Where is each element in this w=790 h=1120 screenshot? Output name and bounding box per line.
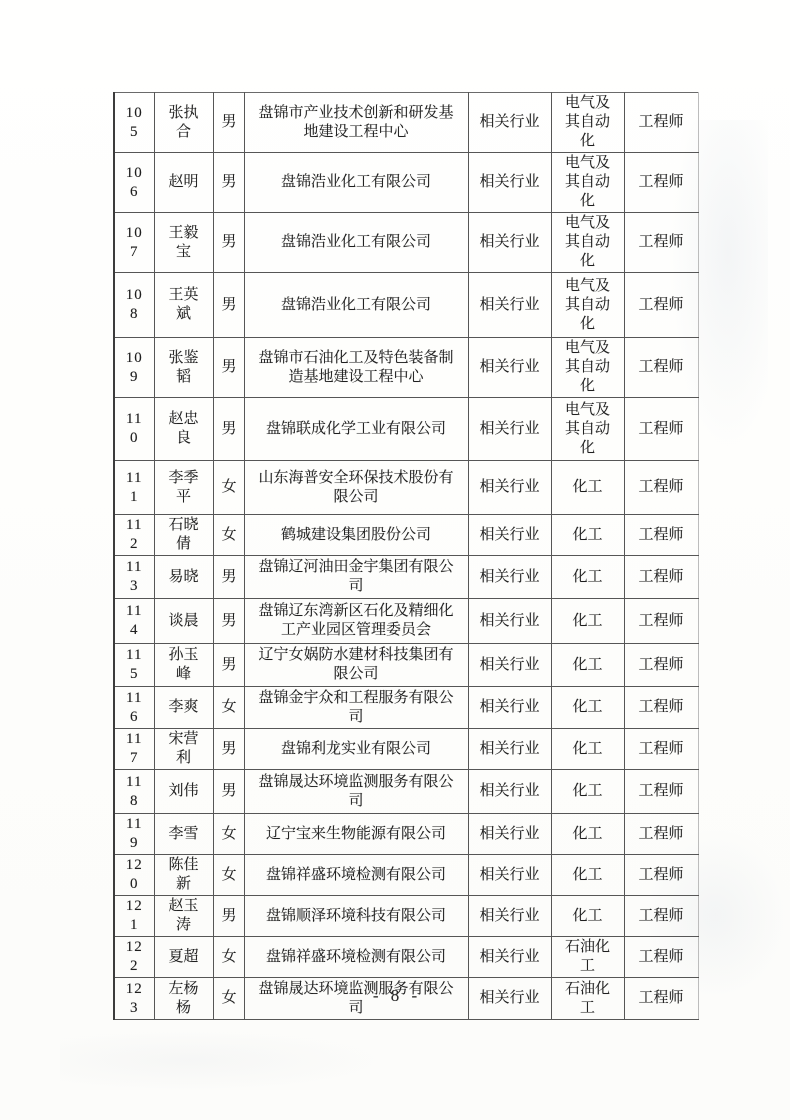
row-number: 110 [114,398,154,461]
gender: 男 [213,153,244,213]
gender: 男 [213,556,244,599]
specialty: 化工 [551,896,624,937]
job-title: 工程师 [624,153,698,213]
row-number: 118 [114,770,154,814]
table-row: 110 赵忠良 男 盘锦联成化学工业有限公司 相关行业 电气及其自动化 工程师 [114,398,698,461]
specialty: 电气及其自动化 [551,273,624,338]
job-title: 工程师 [624,814,698,855]
specialty: 化工 [551,644,624,687]
specialty: 化工 [551,770,624,814]
job-title: 工程师 [624,937,698,978]
company: 盘锦市产业技术创新和研发基地建设工程中心 [244,93,468,153]
gender: 男 [213,213,244,273]
table-row: 109 张鉴韬 男 盘锦市石油化工及特色装备制造基地建设工程中心 相关行业 电气… [114,338,698,398]
industry: 相关行业 [468,461,551,515]
person-name: 张执合 [154,93,213,153]
industry: 相关行业 [468,770,551,814]
table-row: 118 刘伟 男 盘锦晟达环境监测服务有限公司 相关行业 化工 工程师 [114,770,698,814]
company: 盘锦浩业化工有限公司 [244,153,468,213]
industry: 相关行业 [468,213,551,273]
specialty: 化工 [551,556,624,599]
row-number: 111 [114,461,154,515]
person-name: 易晓 [154,556,213,599]
company: 盘锦利龙实业有限公司 [244,729,468,770]
table-row: 119 李雪 女 辽宁宝来生物能源有限公司 相关行业 化工 工程师 [114,814,698,855]
table-row: 116 李爽 女 盘锦金宇众和工程服务有限公司 相关行业 化工 工程师 [114,687,698,729]
specialty: 化工 [551,461,624,515]
company: 盘锦祥盛环境检测有限公司 [244,937,468,978]
row-number: 108 [114,273,154,338]
row-number: 113 [114,556,154,599]
row-number: 114 [114,599,154,644]
table-row: 106 赵明 男 盘锦浩业化工有限公司 相关行业 电气及其自动化 工程师 [114,153,698,213]
job-title: 工程师 [624,855,698,896]
company: 盘锦晟达环境监测服务有限公司 [244,770,468,814]
row-number: 121 [114,896,154,937]
job-title: 工程师 [624,398,698,461]
person-name: 李季平 [154,461,213,515]
industry: 相关行业 [468,93,551,153]
job-title: 工程师 [624,213,698,273]
job-title: 工程师 [624,461,698,515]
person-name: 宋营利 [154,729,213,770]
job-title: 工程师 [624,338,698,398]
industry: 相关行业 [468,599,551,644]
gender: 男 [213,644,244,687]
industry: 相关行业 [468,556,551,599]
industry: 相关行业 [468,338,551,398]
company: 盘锦市石油化工及特色装备制造基地建设工程中心 [244,338,468,398]
row-number: 119 [114,814,154,855]
gender: 女 [213,937,244,978]
person-name: 张鉴韬 [154,338,213,398]
row-number: 112 [114,515,154,556]
row-number: 122 [114,937,154,978]
row-number: 106 [114,153,154,213]
roster-table: 105 张执合 男 盘锦市产业技术创新和研发基地建设工程中心 相关行业 电气及其… [113,92,699,1020]
job-title: 工程师 [624,515,698,556]
document-page: 105 张执合 男 盘锦市产业技术创新和研发基地建设工程中心 相关行业 电气及其… [0,0,790,1120]
company: 辽宁女娲防水建材科技集团有限公司 [244,644,468,687]
industry: 相关行业 [468,937,551,978]
table-row: 115 孙玉峰 男 辽宁女娲防水建材科技集团有限公司 相关行业 化工 工程师 [114,644,698,687]
row-number: 107 [114,213,154,273]
table-row: 111 李季平 女 山东海普安全环保技术股份有限公司 相关行业 化工 工程师 [114,461,698,515]
company: 辽宁宝来生物能源有限公司 [244,814,468,855]
page-number: - 8 - [0,986,790,1006]
table-row: 108 王英斌 男 盘锦浩业化工有限公司 相关行业 电气及其自动化 工程师 [114,273,698,338]
company: 盘锦辽河油田金宇集团有限公司 [244,556,468,599]
job-title: 工程师 [624,93,698,153]
job-title: 工程师 [624,599,698,644]
company: 盘锦浩业化工有限公司 [244,273,468,338]
company: 盘锦金宇众和工程服务有限公司 [244,687,468,729]
job-title: 工程师 [624,687,698,729]
table-row: 114 谈晨 男 盘锦辽东湾新区石化及精细化工产业园区管理委员会 相关行业 化工… [114,599,698,644]
table-row: 107 王毅宝 男 盘锦浩业化工有限公司 相关行业 电气及其自动化 工程师 [114,213,698,273]
gender: 男 [213,729,244,770]
gender: 男 [213,93,244,153]
industry: 相关行业 [468,398,551,461]
industry: 相关行业 [468,515,551,556]
gender: 男 [213,770,244,814]
industry: 相关行业 [468,896,551,937]
table-row: 120 陈佳新 女 盘锦祥盛环境检测有限公司 相关行业 化工 工程师 [114,855,698,896]
person-name: 赵玉涛 [154,896,213,937]
scan-artifact [60,1030,380,1090]
company: 盘锦浩业化工有限公司 [244,213,468,273]
specialty: 电气及其自动化 [551,398,624,461]
person-name: 王英斌 [154,273,213,338]
table-row: 121 赵玉涛 男 盘锦顺泽环境科技有限公司 相关行业 化工 工程师 [114,896,698,937]
gender: 女 [213,814,244,855]
row-number: 120 [114,855,154,896]
job-title: 工程师 [624,556,698,599]
row-number: 115 [114,644,154,687]
specialty: 化工 [551,515,624,556]
gender: 女 [213,687,244,729]
person-name: 赵明 [154,153,213,213]
specialty: 化工 [551,729,624,770]
table-row: 122 夏超 女 盘锦祥盛环境检测有限公司 相关行业 石油化工 工程师 [114,937,698,978]
person-name: 石晓倩 [154,515,213,556]
gender: 男 [213,896,244,937]
person-name: 赵忠良 [154,398,213,461]
specialty: 化工 [551,814,624,855]
gender: 女 [213,855,244,896]
gender: 男 [213,273,244,338]
company: 鹤城建设集团股份公司 [244,515,468,556]
job-title: 工程师 [624,729,698,770]
specialty: 电气及其自动化 [551,93,624,153]
industry: 相关行业 [468,855,551,896]
table-row: 113 易晓 男 盘锦辽河油田金宇集团有限公司 相关行业 化工 工程师 [114,556,698,599]
specialty: 电气及其自动化 [551,153,624,213]
company: 盘锦辽东湾新区石化及精细化工产业园区管理委员会 [244,599,468,644]
person-name: 李雪 [154,814,213,855]
row-number: 116 [114,687,154,729]
person-name: 陈佳新 [154,855,213,896]
gender: 男 [213,398,244,461]
person-name: 夏超 [154,937,213,978]
company: 山东海普安全环保技术股份有限公司 [244,461,468,515]
gender: 男 [213,338,244,398]
job-title: 工程师 [624,273,698,338]
gender: 男 [213,599,244,644]
specialty: 化工 [551,855,624,896]
person-name: 刘伟 [154,770,213,814]
person-name: 王毅宝 [154,213,213,273]
company: 盘锦顺泽环境科技有限公司 [244,896,468,937]
gender: 女 [213,461,244,515]
gender: 女 [213,515,244,556]
specialty: 电气及其自动化 [551,213,624,273]
industry: 相关行业 [468,814,551,855]
person-name: 李爽 [154,687,213,729]
person-name: 谈晨 [154,599,213,644]
specialty: 石油化工 [551,937,624,978]
row-number: 109 [114,338,154,398]
person-name: 孙玉峰 [154,644,213,687]
industry: 相关行业 [468,687,551,729]
row-number: 117 [114,729,154,770]
specialty: 化工 [551,687,624,729]
table-row: 105 张执合 男 盘锦市产业技术创新和研发基地建设工程中心 相关行业 电气及其… [114,93,698,153]
table-row: 112 石晓倩 女 鹤城建设集团股份公司 相关行业 化工 工程师 [114,515,698,556]
industry: 相关行业 [468,644,551,687]
company: 盘锦祥盛环境检测有限公司 [244,855,468,896]
company: 盘锦联成化学工业有限公司 [244,398,468,461]
job-title: 工程师 [624,644,698,687]
industry: 相关行业 [468,273,551,338]
roster-table-body: 105 张执合 男 盘锦市产业技术创新和研发基地建设工程中心 相关行业 电气及其… [114,93,698,1020]
table-row: 117 宋营利 男 盘锦利龙实业有限公司 相关行业 化工 工程师 [114,729,698,770]
job-title: 工程师 [624,770,698,814]
specialty: 电气及其自动化 [551,338,624,398]
row-number: 105 [114,93,154,153]
job-title: 工程师 [624,896,698,937]
industry: 相关行业 [468,729,551,770]
specialty: 化工 [551,599,624,644]
industry: 相关行业 [468,153,551,213]
